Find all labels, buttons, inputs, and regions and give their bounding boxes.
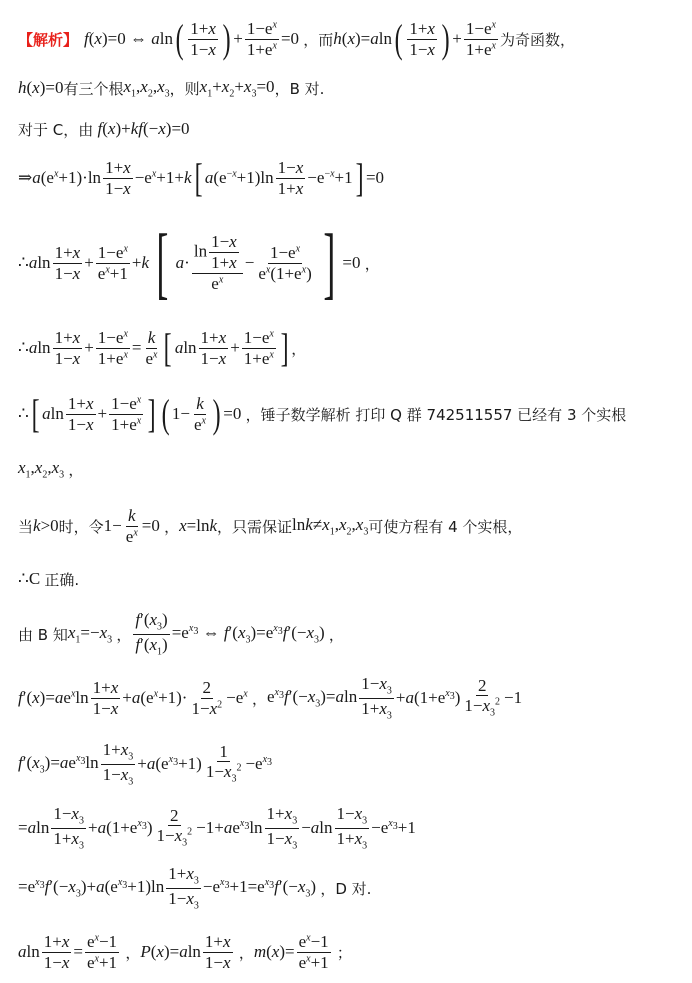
- line-5: ∴aln1+x1−x+1−exex+1+k[a·ln1−x1+xex−1−exe…: [18, 218, 380, 308]
- line-6: ∴aln1+x1−x+1−ex1+ex=kex[aln1+x1−x+1−ex1+…: [18, 322, 306, 374]
- line-11: 由 B 知 x1=−x3 ， f′(x3)f′(x1)=ex3 ⇔ f′(x3)…: [18, 606, 344, 662]
- analysis-label: 【解析】: [18, 29, 78, 50]
- line-12: f′(x)=aexln1+x1−x+a(ex+1)·21−x2−ex ， ex3…: [18, 670, 522, 726]
- line-9: 当 k>0 时，令 1−kex=0 ， x=lnk ，只需保证 lnk≠x1,x…: [18, 500, 522, 552]
- line-7: ∴[aln1+x1−x+1−ex1+ex](1−kex)=0 ，锤子数学解析 打…: [18, 386, 626, 442]
- line-16: aln1+x1−x=ex−1ex+1 ， P(x)=aln1+x1−x ， m(…: [18, 924, 352, 980]
- line-10: ∴C 正确.: [18, 566, 79, 592]
- line-2: h(x)=0 有三个根 x1,x2,x3 ，则 x1+x2+x3=0 ，B 对.: [18, 74, 324, 102]
- line-13: f′(x3)=aex3ln1+x31−x3+a(ex3+1)11−x32−ex3: [18, 736, 272, 792]
- line-4: ⇒a(ex+1)·ln1+x1−x−ex+1+k[a(e−x+1)ln1−x1+…: [18, 150, 384, 206]
- line-8: x1,x2,x3 ，: [18, 456, 83, 482]
- line-14: =aln1−x31+x3+a(1+ex3)21−x32−1+aex3ln1+x3…: [18, 800, 416, 856]
- line-1: 【解析】 f(x)=0 ⇔ aln(1+x1−x)+1−ex1+ex=0 ，而 …: [18, 14, 575, 64]
- line-3: 对于 C，由 f(x)+kf(−x)=0: [18, 116, 190, 142]
- watermark-text: ，锤子数学解析 打印 Q 群 742511557 已经有 3 个实根: [246, 404, 627, 425]
- line-15: =ex3f′(−x3)+a(ex3+1)ln1+x31−x3−ex3+1=ex3…: [18, 860, 371, 916]
